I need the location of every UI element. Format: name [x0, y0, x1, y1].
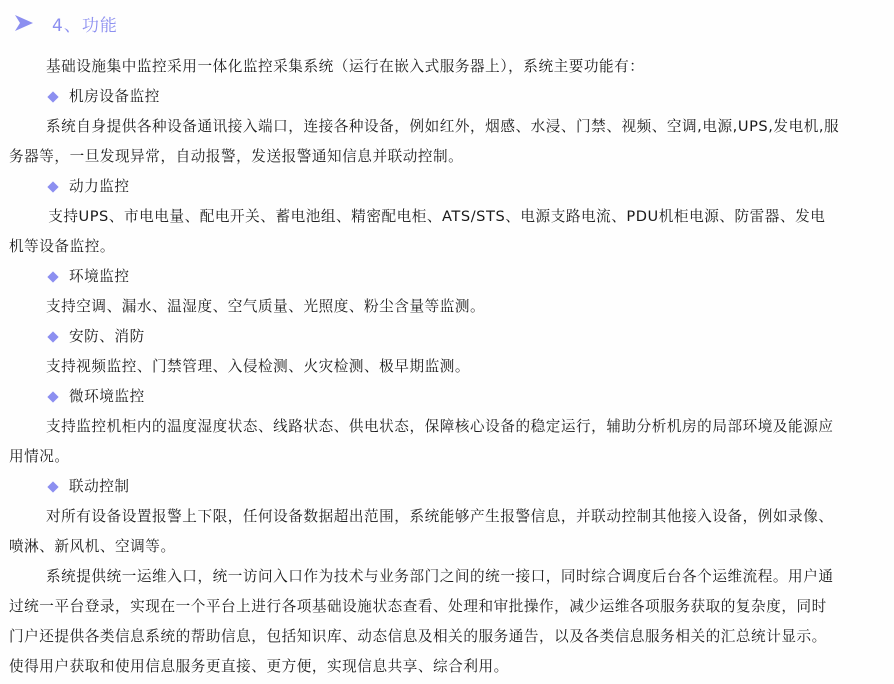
- bullet-title: 微环境监控: [69, 387, 145, 407]
- diamond-bullet-icon: [47, 331, 58, 342]
- closing-paragraph-line: 门户还提供各类信息系统的帮助信息，包括知识库、动态信息及相关的服务通告，以及各类…: [0, 627, 894, 647]
- bullet-title: 动力监控: [69, 177, 130, 197]
- bullet-item-security-fire: 安防、消防: [0, 327, 894, 347]
- section-heading-text: 4、功能: [52, 11, 118, 36]
- closing-paragraph-line: 使得用户获取和使用信息服务更直接、更方便，实现信息共享、综合利用。: [0, 657, 894, 677]
- paragraph-line: 喷淋、新风机、空调等。: [0, 537, 894, 557]
- paragraph-line: 机等设备监控。: [0, 237, 894, 257]
- bullet-item-linkage-control: 联动控制: [0, 477, 894, 497]
- bullet-title: 机房设备监控: [69, 87, 160, 107]
- paragraph-line: 支持空调、漏水、温湿度、空气质量、光照度、粉尘含量等监测。: [0, 297, 894, 317]
- diamond-bullet-icon: [47, 481, 58, 492]
- bullet-item-micro-environment: 微环境监控: [0, 387, 894, 407]
- paragraph-line: 务器等，一旦发现异常，自动报警，发送报警通知信息并联动控制。: [0, 147, 894, 167]
- paragraph-line: 支持视频监控、门禁管理、入侵检测、火灾检测、极早期监测。: [0, 357, 894, 377]
- bullet-item-power-monitoring: 动力监控: [0, 177, 894, 197]
- paragraph-line: 支持监控机柜内的温度湿度状态、线路状态、供电状态，保障核心设备的稳定运行，辅助分…: [0, 417, 894, 437]
- paragraph-line: 支持UPS、市电电量、配电开关、蓄电池组、精密配电柜、ATS/STS、电源支路电…: [0, 207, 894, 227]
- closing-paragraph-line: 过统一平台登录，实现在一个平台上进行各项基础设施状态查看、处理和审批操作，减少运…: [0, 597, 894, 617]
- bullet-title: 联动控制: [69, 477, 130, 497]
- diamond-bullet-icon: [47, 271, 58, 282]
- arrow-right-icon: [14, 13, 34, 33]
- bullet-item-environment-monitoring: 环境监控: [0, 267, 894, 287]
- bullet-title: 安防、消防: [69, 327, 145, 347]
- paragraph-line: 系统自身提供各种设备通讯接入端口，连接各种设备，例如红外，烟感、水浸、门禁、视频…: [0, 117, 894, 137]
- closing-paragraph-line: 系统提供统一运维入口，统一访问入口作为技术与业务部门之间的统一接口，同时综合调度…: [0, 567, 894, 587]
- paragraph-line: 对所有设备设置报警上下限，任何设备数据超出范围，系统能够产生报警信息，并联动控制…: [0, 507, 894, 527]
- section-heading: 4、功能: [14, 10, 118, 36]
- bullet-item-equipment-monitoring: 机房设备监控: [0, 87, 894, 107]
- diamond-bullet-icon: [47, 181, 58, 192]
- intro-paragraph: 基础设施集中监控采用一体化监控采集系统（运行在嵌入式服务器上），系统主要功能有：: [0, 57, 894, 77]
- bullet-title: 环境监控: [69, 267, 130, 287]
- diamond-bullet-icon: [47, 91, 58, 102]
- paragraph-line: 用情况。: [0, 447, 894, 467]
- diamond-bullet-icon: [47, 391, 58, 402]
